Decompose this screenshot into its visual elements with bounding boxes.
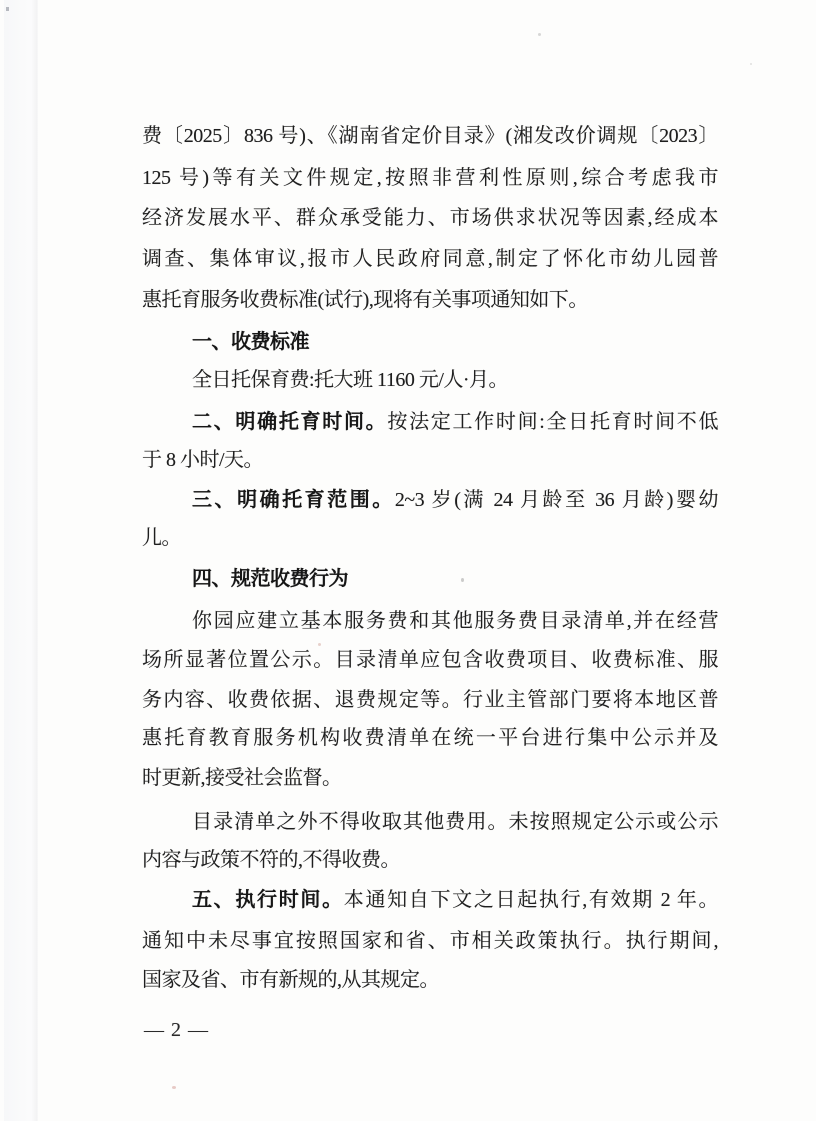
- line-text: 2~3 岁(满 24 月龄至 36 月龄)婴幼: [395, 489, 718, 511]
- text-line: 时更新,接受社会监督。: [142, 763, 718, 794]
- scan-edge-shadow: [4, 0, 38, 1121]
- text-line: 儿。: [142, 523, 718, 554]
- line-text: 本通知自下文之日起执行,有效期 2 年。: [344, 889, 718, 911]
- page-number: — 2 —: [144, 1019, 209, 1042]
- section-heading: 三、明确托育范围。: [192, 489, 395, 511]
- line-text: 务内容、收费依据、退费规定等。行业主管部门要将本地区普: [142, 689, 718, 711]
- text-line: 惠托育教育服务机构收费清单在统一平台进行集中公示并及: [142, 723, 718, 754]
- section-heading-line: 三、明确托育范围。2~3 岁(满 24 月龄至 36 月龄)婴幼: [142, 485, 718, 516]
- line-text: 调查、集体审议,报市人民政府同意,制定了怀化市幼儿园普: [142, 248, 718, 270]
- line-text: 125 号)等有关文件规定,按照非营利性原则,综合考虑我市: [142, 167, 718, 189]
- section-heading-line: 五、执行时间。本通知自下文之日起执行,有效期 2 年。: [142, 885, 718, 916]
- section-heading: 五、执行时间。: [192, 889, 344, 911]
- line-text: 惠托育服务收费标准(试行),现将有关事项通知如下。: [142, 289, 588, 311]
- line-text: 国家及省、市有新规的,从其规定。: [142, 969, 439, 991]
- line-text: 通知中未尽事宜按照国家和省、市相关政策执行。执行期间,: [142, 930, 718, 952]
- line-text: 经济发展水平、群众承受能力、市场供求状况等因素,经成本: [142, 207, 718, 229]
- scan-speck: [461, 578, 464, 582]
- text-line: 调查、集体审议,报市人民政府同意,制定了怀化市幼儿园普: [142, 244, 718, 275]
- section-heading-line: 一、收费标准: [142, 327, 718, 358]
- section-heading: 二、明确托育时间。: [192, 411, 387, 433]
- section-heading-line: 二、明确托育时间。按法定工作时间:全日托育时间不低: [142, 407, 718, 438]
- line-text: 惠托育教育服务机构收费清单在统一平台进行集中公示并及: [142, 727, 718, 749]
- text-line: 国家及省、市有新规的,从其规定。: [142, 965, 718, 996]
- line-text: 按法定工作时间:全日托育时间不低: [387, 411, 718, 433]
- text-line: 通知中未尽事宜按照国家和省、市相关政策执行。执行期间,: [142, 926, 718, 957]
- line-text: 场所显著位置公示。目录清单应包含收费项目、收费标准、服: [142, 649, 718, 671]
- text-line: 125 号)等有关文件规定,按照非营利性原则,综合考虑我市: [142, 163, 718, 194]
- text-line: 惠托育服务收费标准(试行),现将有关事项通知如下。: [142, 285, 718, 316]
- line-text: 儿。: [142, 527, 181, 549]
- text-line: 内容与政策不符的,不得收费。: [142, 845, 718, 876]
- line-text: 目录清单之外不得收取其他费用。未按照规定公示或公示: [192, 811, 718, 833]
- text-line: 于 8 小时/天。: [142, 445, 718, 476]
- text-line: 费〔2025〕836 号)、《湖南省定价目录》(湘发改价调规〔2023〕: [142, 121, 718, 152]
- scan-speck: [538, 33, 541, 36]
- text-line: 场所显著位置公示。目录清单应包含收费项目、收费标准、服: [142, 645, 718, 676]
- text-line: 经济发展水平、群众承受能力、市场供求状况等因素,经成本: [142, 203, 718, 234]
- section-heading: 四、规范收费行为: [192, 568, 348, 590]
- line-text: 时更新,接受社会监督。: [142, 767, 342, 789]
- line-text: 全日托保育费:托大班 1160 元/人·月。: [192, 369, 508, 391]
- section-heading: 一、收费标准: [192, 331, 309, 353]
- line-text: 你园应建立基本服务费和其他服务费目录清单,并在经营: [192, 610, 718, 632]
- line-text: 内容与政策不符的,不得收费。: [142, 849, 400, 871]
- text-line: 务内容、收费依据、退费规定等。行业主管部门要将本地区普: [142, 685, 718, 716]
- text-line: 目录清单之外不得收取其他费用。未按照规定公示或公示: [142, 807, 718, 838]
- scan-artifact: [6, 7, 9, 11]
- section-heading-line: 四、规范收费行为: [142, 564, 718, 595]
- scan-speck: [172, 1086, 176, 1089]
- line-text: 于 8 小时/天。: [142, 449, 263, 471]
- text-line: 全日托保育费:托大班 1160 元/人·月。: [142, 365, 718, 396]
- scan-speck: [750, 63, 752, 65]
- line-text: 费〔2025〕836 号)、《湖南省定价目录》(湘发改价调规〔2023〕: [142, 125, 718, 147]
- text-line: 你园应建立基本服务费和其他服务费目录清单,并在经营: [142, 606, 718, 637]
- scan-speck: [318, 643, 321, 646]
- document-page: 费〔2025〕836 号)、《湖南省定价目录》(湘发改价调规〔2023〕 125…: [0, 0, 816, 1121]
